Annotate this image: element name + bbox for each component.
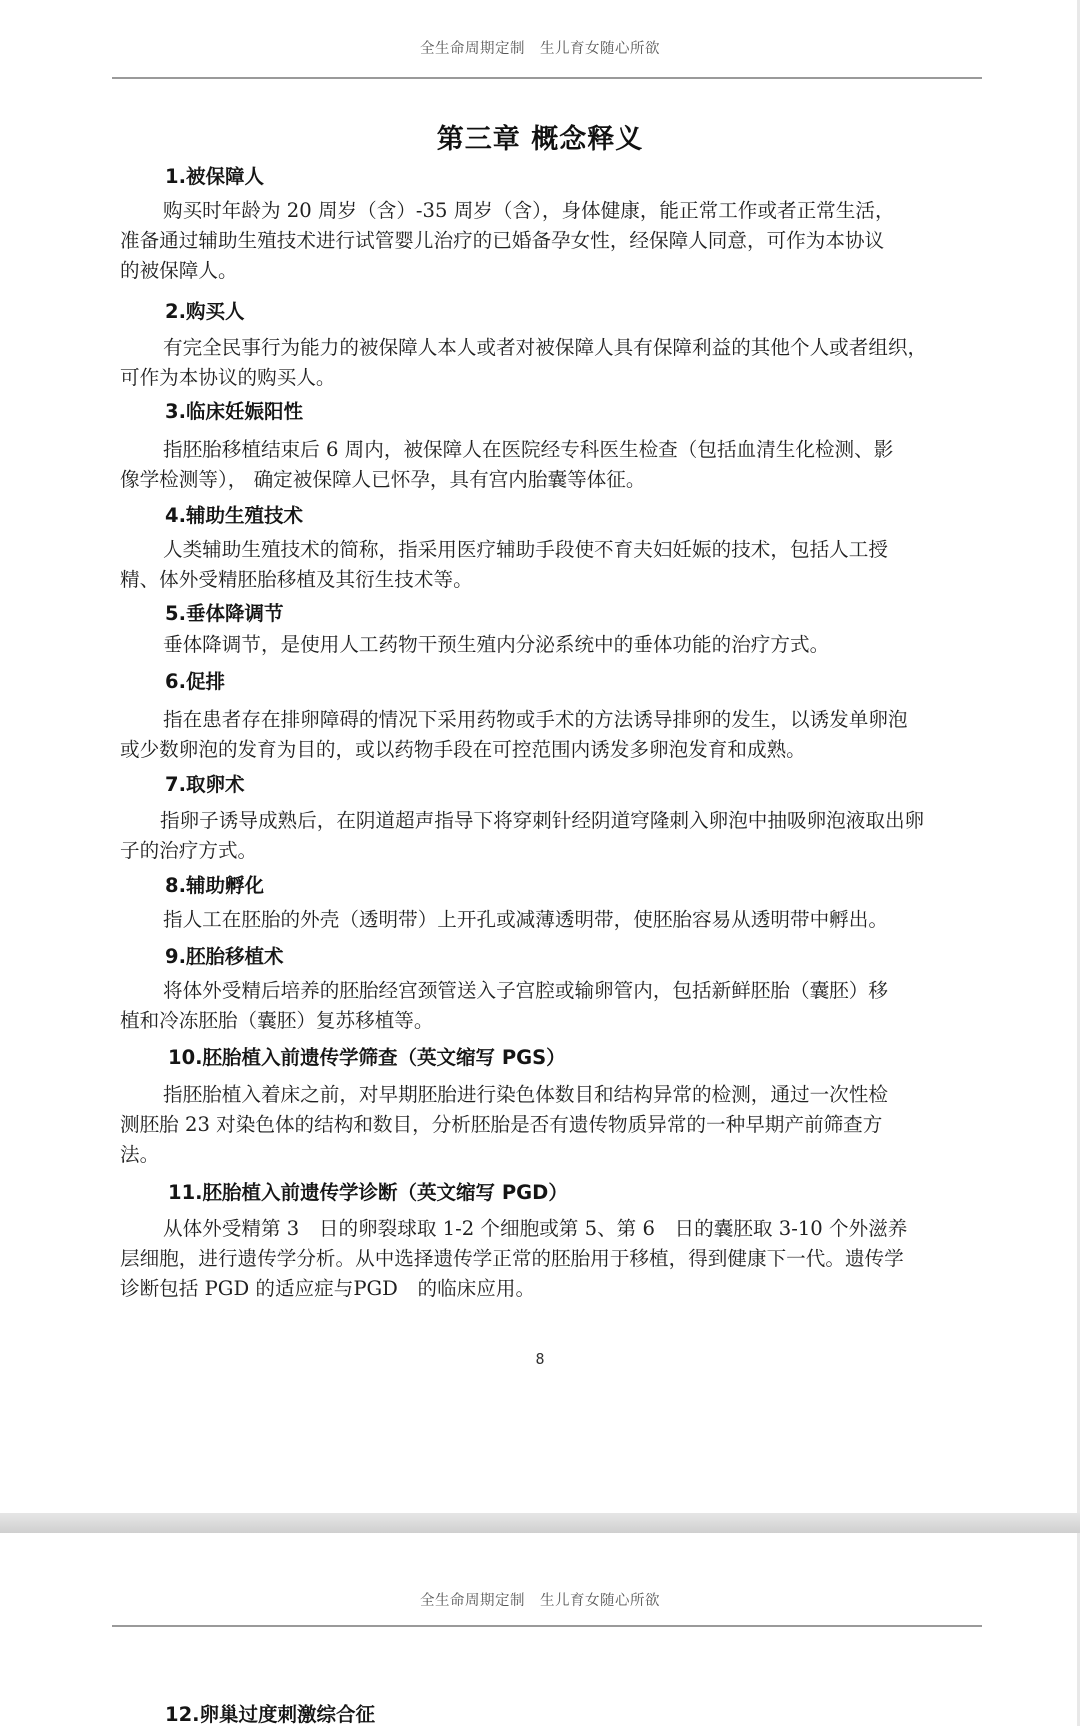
section-heading: 2.购买人 xyxy=(165,296,244,324)
header-rule xyxy=(112,1625,982,1627)
page-separator xyxy=(0,1513,1080,1533)
section-heading: 10.胚胎植入前遗传学筛查（英文缩写 PGS） xyxy=(168,1042,566,1070)
section-body: 人类辅助生殖技术的简称，指采用医疗辅助手段使不育夫妇妊娠的技术，包括人工授 精、… xyxy=(120,535,982,595)
section-heading: 5.垂体降调节 xyxy=(165,598,283,626)
section-body: 从体外受精第 3 日的卵裂球取 1-2 个细胞或第 5、第 6 日的囊胚取 3-… xyxy=(120,1214,982,1304)
section-heading: 4.辅助生殖技术 xyxy=(165,500,303,528)
section-heading: 12.卵巢过度刺激综合征 xyxy=(165,1699,375,1726)
section-body: 有完全民事行为能力的被保障人本人或者对被保障人具有保障利益的其他个人或者组织， … xyxy=(120,333,982,393)
section-body: 指卵子诱导成熟后，在阴道超声指导下将穿刺针经阴道穹隆刺入卵泡中抽吸卵泡液取出卵 … xyxy=(120,806,982,866)
running-header: 全生命周期定制 生儿育女随心所欲 xyxy=(0,37,1080,58)
section-body: 垂体降调节，是使用人工药物干预生殖内分泌系统中的垂体功能的治疗方式。 xyxy=(120,630,982,660)
section-heading: 9.胚胎移植术 xyxy=(165,941,283,969)
section-body: 将体外受精后培养的胚胎经宫颈管送入子宫腔或输卵管内，包括新鲜胚胎（囊胚）移 植和… xyxy=(120,976,982,1036)
document-page-8: 全生命周期定制 生儿育女随心所欲 第三章 概念释义 1.被保障人 购买时年龄为 … xyxy=(0,0,1080,1513)
section-body: 指在患者存在排卵障碍的情况下采用药物或手术的方法诱导排卵的发生，以诱发单卵泡 或… xyxy=(120,705,982,765)
section-heading: 7.取卵术 xyxy=(165,769,244,797)
section-body: 指胚胎移植结束后 6 周内，被保障人在医院经专科医生检查（包括血清生化检测、影 … xyxy=(120,435,982,495)
section-body: 购买时年龄为 20 周岁（含）-35 周岁（含），身体健康，能正常工作或者正常生… xyxy=(120,196,982,286)
section-heading: 8.辅助孵化 xyxy=(165,870,264,898)
running-header: 全生命周期定制 生儿育女随心所欲 xyxy=(0,1589,1080,1610)
section-heading: 1.被保障人 xyxy=(165,161,264,189)
document-page-9: 全生命周期定制 生儿育女随心所欲 12.卵巢过度刺激综合征 xyxy=(0,1533,1080,1726)
section-heading: 3.临床妊娠阳性 xyxy=(165,396,303,424)
section-heading: 6.促排 xyxy=(165,666,225,694)
header-rule xyxy=(112,77,982,79)
section-heading: 11.胚胎植入前遗传学诊断（英文缩写 PGD） xyxy=(168,1177,568,1205)
page-number: 8 xyxy=(0,1350,1080,1368)
section-body: 指胚胎植入着床之前，对早期胚胎进行染色体数目和结构异常的检测，通过一次性检 测胚… xyxy=(120,1080,982,1170)
chapter-title: 第三章 概念释义 xyxy=(0,117,1080,156)
section-body: 指人工在胚胎的外壳（透明带）上开孔或减薄透明带，使胚胎容易从透明带中孵出。 xyxy=(120,905,982,935)
